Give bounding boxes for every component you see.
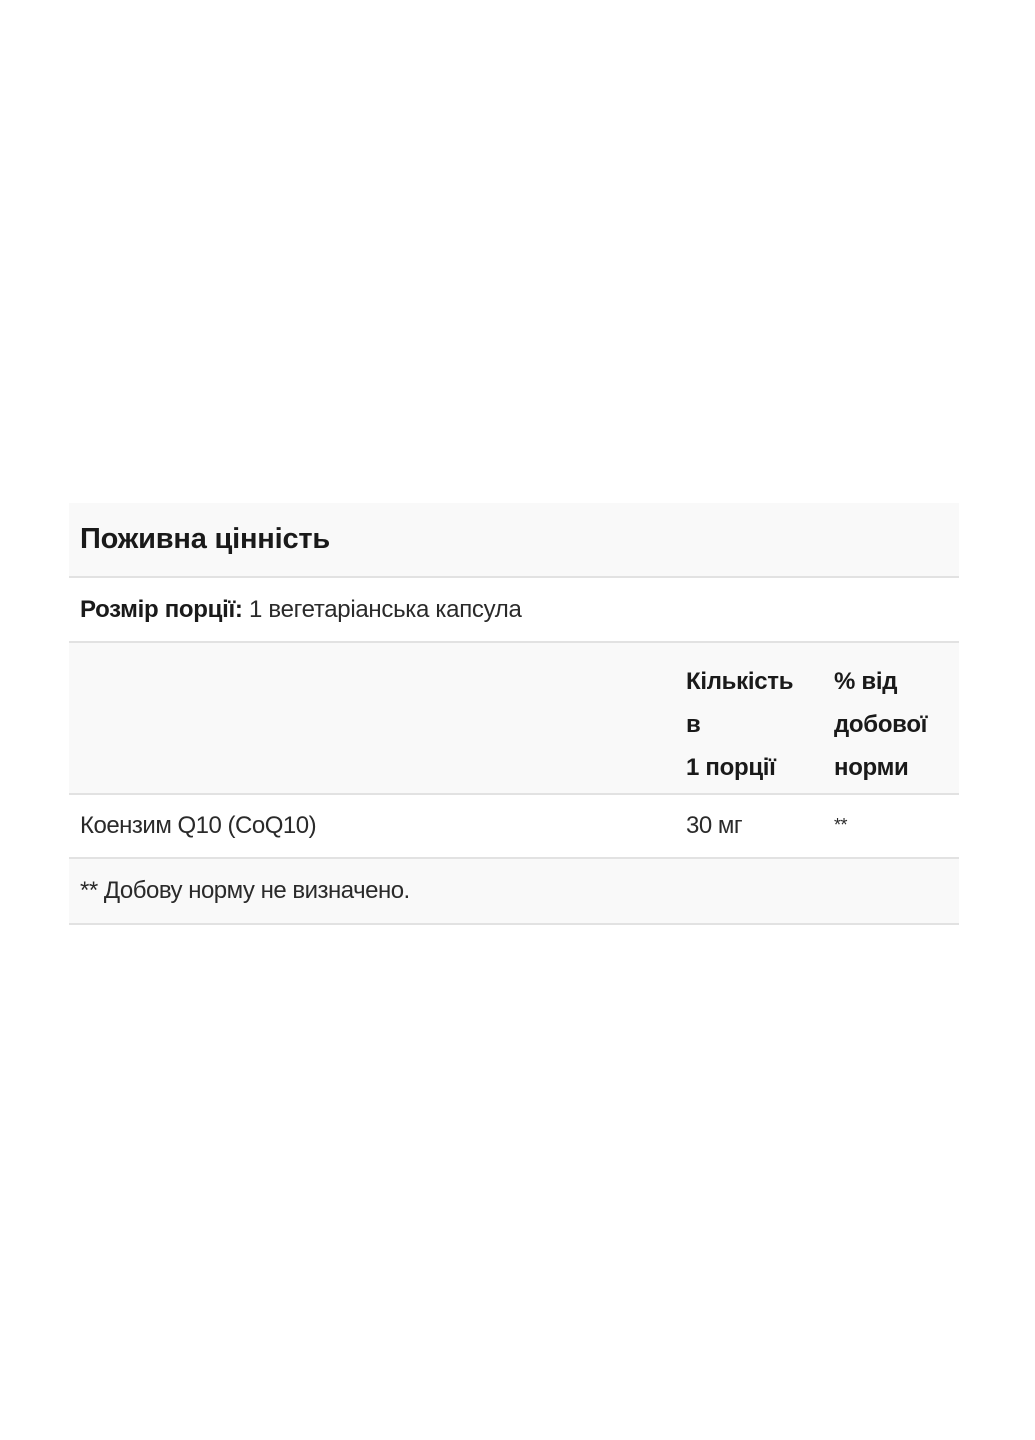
column-header-row: Кількість в 1 порції % від добової норми xyxy=(69,643,959,795)
column-header-amount: Кількість в 1 порції xyxy=(675,643,826,793)
serving-size-value: 1 вегетаріанська капсула xyxy=(243,596,522,623)
nutrient-name: Коензим Q10 (CoQ10) xyxy=(69,812,675,840)
nutrition-facts-table: Поживна цінність Розмір порції: 1 вегета… xyxy=(69,503,959,925)
nutrient-amount: 30 мг xyxy=(675,812,826,840)
table-title: Поживна цінність xyxy=(69,523,330,556)
footnote: ** Добову норму не визначено. xyxy=(69,877,410,905)
table-row: Коензим Q10 (CoQ10) 30 мг ** xyxy=(69,795,959,859)
column-header-nutrient xyxy=(69,643,675,793)
serving-size-label: Розмір порції: xyxy=(80,596,243,623)
footnote-row: ** Добову норму не визначено. xyxy=(69,859,959,925)
column-header-daily-value: % від добової норми xyxy=(826,643,959,793)
nutrient-daily-value: ** xyxy=(826,795,959,836)
table-title-row: Поживна цінність xyxy=(69,503,959,578)
serving-size: Розмір порції: 1 вегетаріанська капсула xyxy=(69,596,522,624)
serving-size-row: Розмір порції: 1 вегетаріанська капсула xyxy=(69,578,959,643)
